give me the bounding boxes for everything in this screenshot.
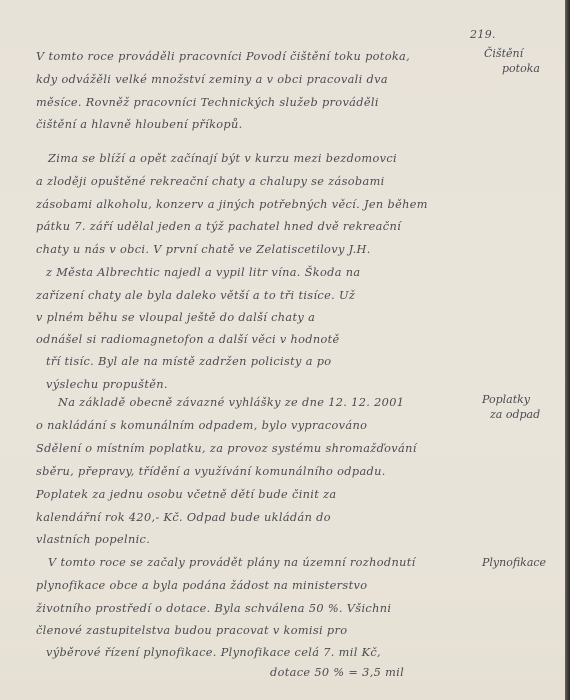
text-line: členové zastupitelstva budou pracovat v … [36,624,347,637]
text-line: z Města Albrechtic najedl a vypil litr v… [46,266,360,279]
book-binding-edge [565,0,570,700]
text-line: a zloději opuštěné rekreační chaty a cha… [36,175,385,188]
text-line: zařízení chaty ale byla daleko větší a t… [36,289,355,302]
page-number: 219. [470,28,496,41]
text-line: kdy odvážěli velké množství zeminy a v o… [36,73,388,86]
text-line: kalendářní rok 420,- Kč. Odpad bude uklá… [36,511,331,524]
margin-note-waste-fees: Poplatky za odpad [482,392,540,422]
margin-note-line: Poplatky [482,392,540,407]
text-line: zásobami alkoholu, konzerv a jiných potř… [36,198,428,211]
text-line: plynofikace obce a byla podána žádost na… [36,579,367,592]
text-line: V tomto roce se začaly provádět plány na… [48,556,416,569]
text-line: odnášel si radiomagnetofon a další věci … [36,333,340,346]
text-line: pátku 7. září udělal jeden a týž pachate… [36,220,401,233]
text-line: v plném běhu se vloupal ještě do další c… [36,311,315,324]
margin-note-stream-cleaning: Čištění potoka [484,46,540,76]
text-line: Sdělení o místním poplatku, za provoz sy… [36,442,417,455]
text-line: chaty u nás v obci. V první chatě ve Zel… [36,243,371,256]
margin-note-gasification: Plynofikace [482,555,546,570]
text-line: V tomto roce prováděli pracovníci Povodí… [36,50,410,63]
notebook-page: 219. Čištění potoka Poplatky za odpad Pl… [0,0,565,700]
text-line: Na základě obecně závazné vyhlášky ze dn… [58,396,404,409]
margin-note-line: za odpad [482,407,540,422]
margin-note-line: Plynofikace [482,555,546,570]
text-line: výslechu propuštěn. [46,378,168,391]
text-line: vlastních popelnic. [36,533,150,546]
margin-note-line: Čištění [484,46,540,61]
text-line: dotace 50 % = 3,5 mil [270,666,404,679]
text-line: Poplatek za jednu osobu včetně dětí bude… [36,488,336,501]
text-line: o nakládání s komunálním odpadem, bylo v… [36,419,367,432]
margin-note-line: potoka [484,61,540,76]
text-line: čištění a hlavně hloubení příkopů. [36,118,243,131]
text-line: tří tisíc. Byl ale na místě zadržen poli… [46,355,331,368]
text-line: výběrové řízení plynofikace. Plynofikace… [46,646,381,659]
text-line: sběru, přepravy, třídění a využívání kom… [36,465,386,478]
text-line: Zima se blíží a opět začínají být v kurz… [48,152,397,165]
text-line: měsíce. Rovněž pracovníci Technických sl… [36,96,379,109]
text-line: životního prostředí o dotace. Byla schvá… [36,602,391,615]
